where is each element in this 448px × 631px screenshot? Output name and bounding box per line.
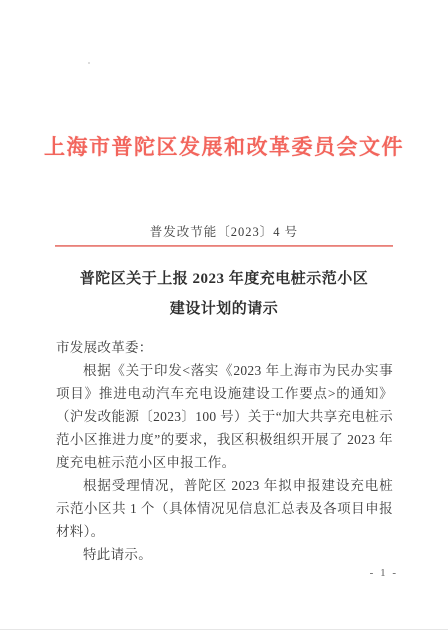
body-paragraph-3: 特此请示。 <box>56 543 393 566</box>
body-paragraph-2: 根据受理情况，普陀区 2023 年拟申报建设充电桩示范小区共 1 个（具体情况见… <box>56 474 393 543</box>
red-divider-line <box>55 245 393 247</box>
page-number: - 1 - <box>370 567 398 579</box>
document-page: 上海市普陀区发展和改革委员会文件 普发改节能〔2023〕4 号 普陀区关于上报 … <box>0 0 448 631</box>
scan-edge-artifact <box>0 629 448 630</box>
document-title-line2: 建设计划的请示 <box>0 294 448 324</box>
salutation: 市发展改革委： <box>56 336 393 359</box>
document-title-line1: 普陀区关于上报 2023 年度充电桩示范小区 <box>0 264 448 294</box>
document-body: 市发展改革委： 根据《关于印发<落实《2023 年上海市为民办实事项目》推进电动… <box>56 336 393 566</box>
agency-header-title: 上海市普陀区发展和改革委员会文件 <box>0 131 448 161</box>
document-number: 普发改节能〔2023〕4 号 <box>0 222 448 240</box>
document-title: 普陀区关于上报 2023 年度充电桩示范小区 建设计划的请示 <box>0 264 448 324</box>
scan-speck-artifact <box>88 62 90 64</box>
body-paragraph-1: 根据《关于印发<落实《2023 年上海市为民办实事项目》推进电动汽车充电设施建设… <box>56 359 393 474</box>
